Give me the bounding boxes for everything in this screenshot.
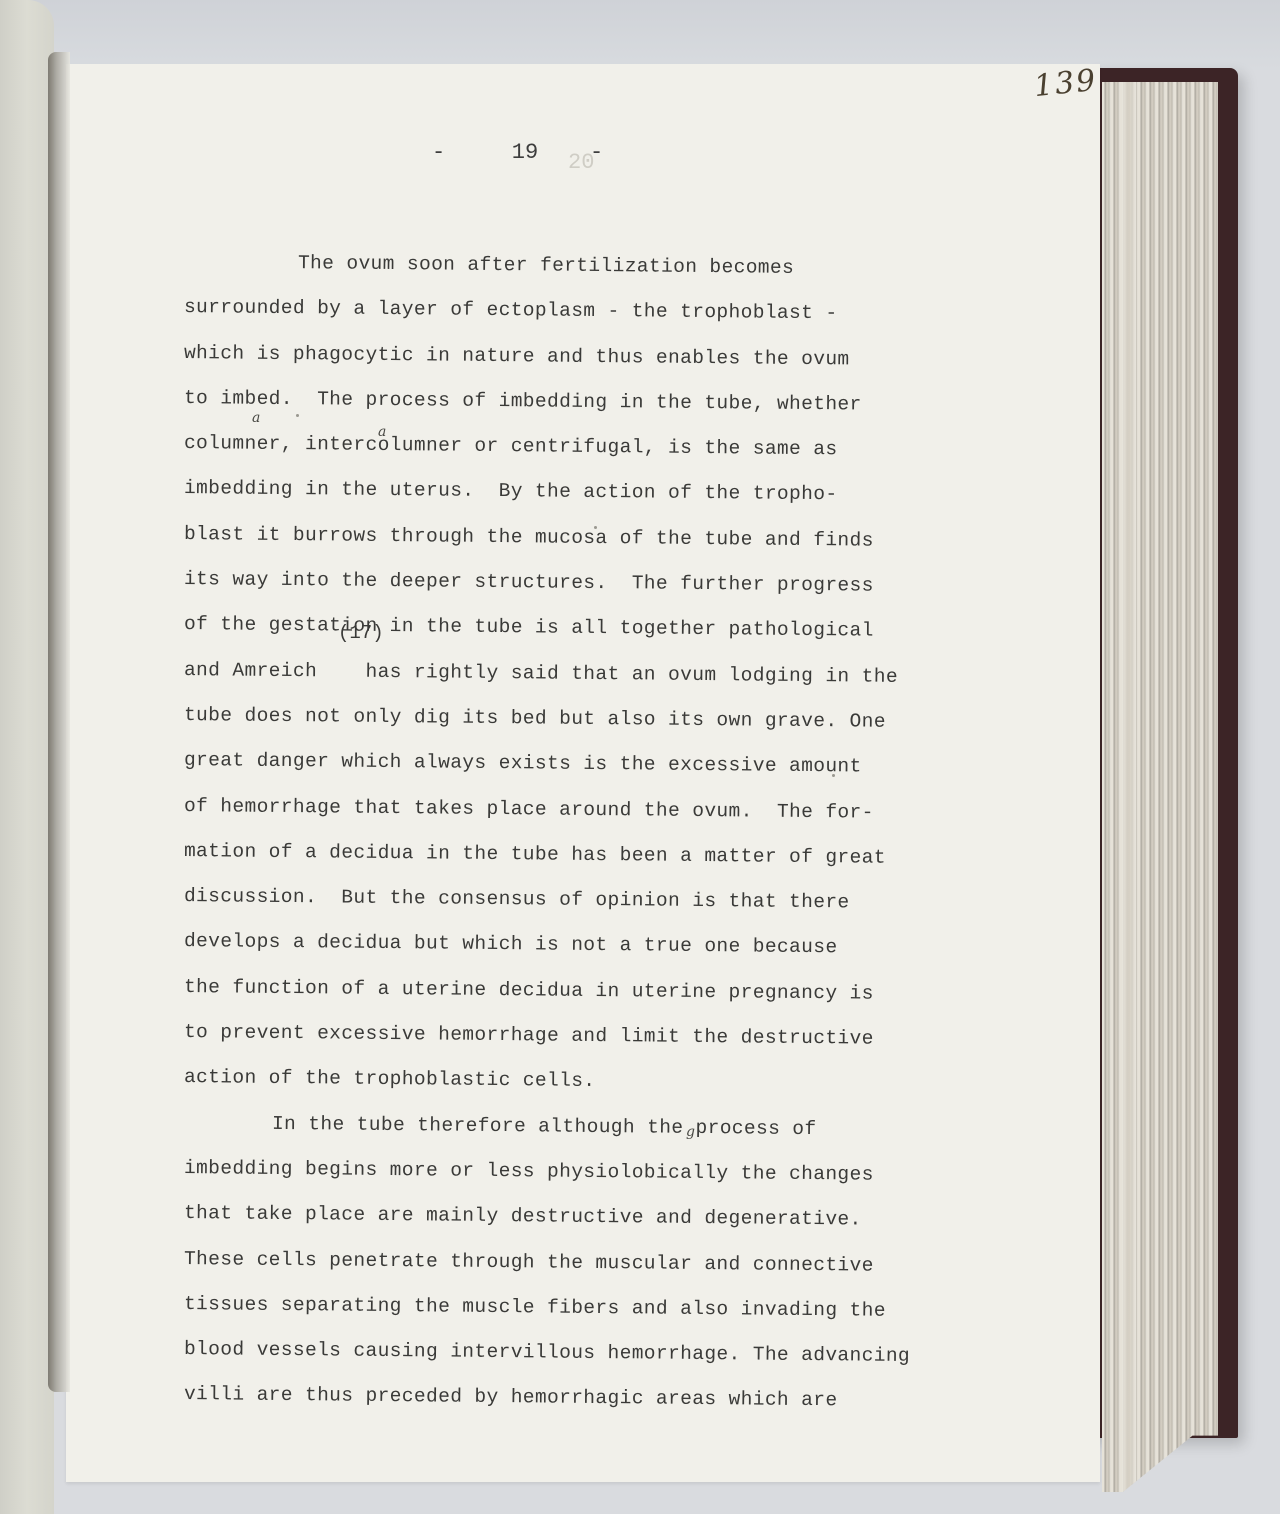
text-line: great danger which always exists is the … <box>184 738 994 791</box>
text-line: of hemorrhage that takes place around th… <box>184 784 994 837</box>
text-line: tube does not only dig its bed but also … <box>184 693 994 746</box>
handwritten-correction: g <box>686 1124 695 1140</box>
text-line: In the tube therefore although the proce… <box>184 1101 994 1154</box>
gutter-shadow <box>48 52 70 1392</box>
text-line: imbedding in the uterus. By the action o… <box>184 466 994 519</box>
handwritten-correction: a <box>252 410 260 426</box>
text-line: action of the trophoblastic cells. <box>184 1055 994 1108</box>
page-block-edges <box>1102 82 1218 1492</box>
text-line: surrounded by a layer of ectoplasm - the… <box>184 285 994 338</box>
text-line: mation of a decidua in the tube has been… <box>184 829 994 882</box>
reference-marker: (17) <box>338 622 384 644</box>
text-line: The ovum soon after fertilization become… <box>184 240 994 293</box>
text-line: that take place are mainly destructive a… <box>184 1191 994 1244</box>
text-line: These cells penetrate through the muscul… <box>184 1237 994 1290</box>
text-line: imbedding begins more or less physiolobi… <box>184 1146 994 1199</box>
text-line: and Amreich has rightly said that an ovu… <box>184 648 994 701</box>
text-line: which is phagocytic in nature and thus e… <box>184 331 994 384</box>
body-text: The ovum soon after fertilization become… <box>184 240 994 1418</box>
page-number-dash-left: - <box>432 140 460 165</box>
text-line: the function of a uterine decidua in ute… <box>184 965 994 1018</box>
page-number-header: - 19 - <box>432 140 618 165</box>
text-line: tissues separating the muscle fibers and… <box>184 1282 994 1335</box>
left-facing-page-edge <box>0 0 54 1514</box>
handwritten-folio-number: 139 <box>1032 63 1099 104</box>
text-line: to imbed. The process of imbedding in th… <box>184 376 994 429</box>
page-number: 19 <box>460 140 590 165</box>
text-line: to prevent excessive hemorrhage and limi… <box>184 1010 994 1063</box>
text-line: of the gestation in the tube is all toge… <box>184 602 994 655</box>
backdrop <box>0 0 1280 70</box>
page-number-dash-right: - <box>590 140 618 165</box>
handwritten-correction: a <box>378 424 386 440</box>
text-line: develops a decidua but which is not a tr… <box>184 919 994 972</box>
text-line: blast it burrows through the mucosa of t… <box>184 512 994 565</box>
text-line: villi are thus preceded by hemorrhagic a… <box>184 1372 994 1425</box>
